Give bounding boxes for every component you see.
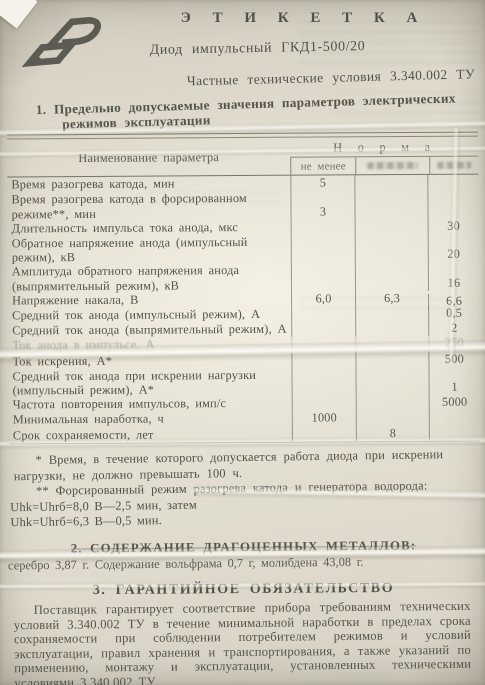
section2-text: серебро 3,87 г. Содержание вольфрама 0,7… [8,554,479,574]
table-row: Срок сохраняемости, лет 8 [9,425,480,443]
param-value-mid [355,262,428,291]
param-name: Длительность импульса тока анода, мкс [8,220,291,237]
param-value-min [291,367,355,396]
param-value-max: 30 [428,218,479,234]
param-name: Время разогрева катода, мин [7,176,290,193]
param-value-mid [355,234,428,263]
param-name: Напряжение накала, В [8,292,291,309]
page-title: Э Т И К Е Т К А [126,10,479,27]
param-value-max: 20 [428,234,479,263]
table-subheader: не менее [290,157,478,175]
param-name: Амплитуда обратного напряжения анода (вы… [8,263,291,293]
param-value-min [291,234,355,263]
param-value-mid: 8 [356,426,429,442]
param-name: Срок сохраняемости, лет [9,426,292,443]
param-value-min: 5 [290,176,354,192]
param-name: Средний ток анода (выпрямительный режим)… [8,322,291,339]
subcolumn-not-less: не менее [290,158,355,175]
param-value-max: 1 [428,366,479,395]
param-value-max [427,190,478,219]
param-name: Ток анода в импульсе, А [8,337,291,354]
param-value-mid [356,395,429,411]
table-row: Амплитуда обратного напряжения анода (вы… [8,262,479,293]
param-name: Минимальная наработка, ч [9,411,292,428]
title-block: Э Т И К Е Т К А [126,8,479,27]
param-name: Средний ток анода при искрении нагрузки … [8,368,291,398]
manufacturer-logo-icon [14,8,111,72]
subcolumn-illegible [355,157,429,174]
param-name: Ток искрения, А* [8,352,291,369]
param-value-min: 3 [290,191,354,220]
param-value-mid [355,219,428,235]
param-value-min: 1000 [292,411,356,427]
section3-heading: 3. ГАРАНТИЙНОЕ ОБЯЗАТЕЛЬСТВО [8,581,479,600]
param-value-max [429,425,480,441]
param-value-max: 2 [428,321,479,337]
param-value-mid [354,175,427,191]
param-value-mid: 6,3 [355,291,428,307]
footnotes: * Время, в течение которого допускается … [7,447,479,531]
table-row: Обратное напряжение анода (импульсный ре… [8,234,479,265]
param-value-min [291,306,355,322]
param-name: Время разогрева катода в форсированном р… [7,191,290,221]
scanned-label-sheet: Э Т И К Е Т К А Диод импульсный ГКД1-500… [0,0,485,685]
section3-text: Поставщик гарантирует соответствие прибо… [14,599,472,685]
table-row: Время разогрева катода в форсированном р… [7,190,478,221]
param-value-min [291,352,355,368]
illegible-text-smudge [367,162,418,169]
section1-heading: 1. Предельно допускаемые значения параме… [8,89,485,133]
column-header-norma-group: Н о р м а не менее [290,137,478,175]
column-header-norma: Н о р м а [290,137,478,158]
table-row-creased: Ток анода в импульсе, А 250 [8,336,479,354]
param-value-min [291,322,355,338]
param-value-max: 16 [428,262,479,291]
param-value-max: 500 [428,351,479,367]
param-name: Частота повторения импульсов, имп/с [9,396,292,413]
param-name: Средний ток анода (импульсный режим), А [8,307,291,324]
label-content: Э Т И К Е Т К А Диод импульсный ГКД1-500… [0,0,485,685]
param-value-min [292,396,356,412]
param-value-min: 6,0 [291,291,355,307]
param-value-min [292,426,356,442]
parameters-table: Наименование параметра Н о р м а не мене… [7,132,480,447]
param-value-min [291,337,355,353]
param-value-mid [354,190,427,219]
param-value-mid [355,336,428,352]
param-value-mid [355,352,428,368]
param-value-max: 6,6 [428,293,479,309]
param-value-mid [356,410,429,426]
param-value-min [291,263,355,292]
param-value-max [427,175,478,191]
param-value-max: 5000 [429,395,480,411]
param-value-mid [355,306,428,322]
column-header-parameter: Наименование параметра [7,138,290,177]
spec-conditions-line: Частные технические условия 3.340.002 ТУ [8,66,479,94]
param-name: Обратное напряжение анода (импульсный ре… [8,235,291,265]
subcolumn-illegible [429,157,478,174]
param-value-max: 250 [428,336,479,352]
param-value-min [291,219,355,235]
table-header: Наименование параметра Н о р м а не мене… [7,137,478,178]
param-value-mid [355,367,428,396]
param-value-mid [355,321,428,337]
illegible-text-smudge [437,162,471,169]
param-value-max [429,410,480,426]
table-row: Средний ток анода при искрении нагрузки … [8,366,479,397]
